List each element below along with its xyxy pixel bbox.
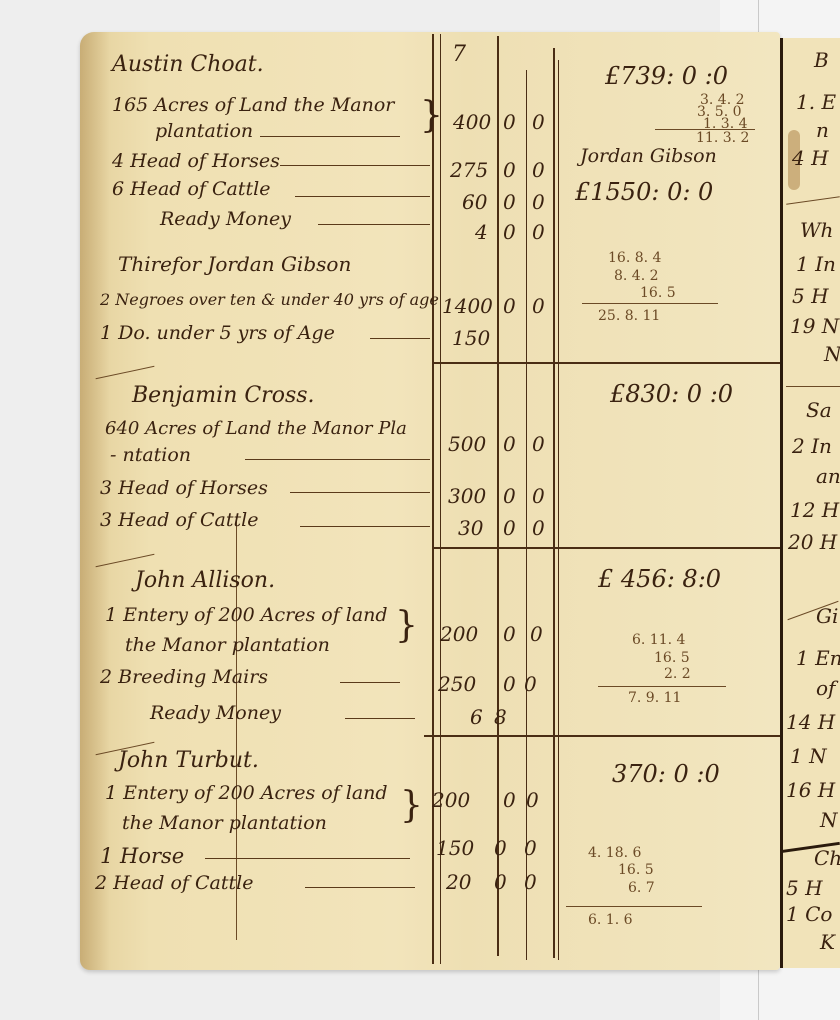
entry-item: 640 Acres of Land the Manor Pla bbox=[105, 418, 407, 439]
amount-pence: 0 bbox=[524, 870, 537, 894]
entry-item: 1 Entery of 200 Acres of land bbox=[105, 782, 388, 804]
amount-shillings: 0 bbox=[503, 622, 516, 646]
amount-shillings: 0 bbox=[503, 516, 516, 540]
entry-item: 2 Head of Cattle bbox=[95, 872, 253, 894]
side-label: Jordan Gibson bbox=[580, 145, 717, 167]
section-rule-2 bbox=[432, 547, 780, 549]
entry-item: Ready Money bbox=[150, 702, 281, 724]
amount-pounds: 150 bbox=[452, 326, 490, 350]
entry-name: John Turbut. bbox=[118, 748, 259, 773]
next-page-text: 5 H bbox=[792, 284, 829, 308]
amount-pence: 0 bbox=[532, 158, 545, 182]
amount-pence: 0 bbox=[530, 622, 543, 646]
next-page-text: N bbox=[824, 342, 840, 366]
entry-item-cont: plantation bbox=[155, 120, 253, 142]
brace: } bbox=[395, 605, 418, 646]
brace: } bbox=[400, 785, 423, 826]
next-page-text: 2 In bbox=[792, 434, 832, 458]
section-rule-3 bbox=[424, 735, 780, 737]
amount-pence: 0 bbox=[532, 516, 545, 540]
amount-pounds: 500 bbox=[448, 432, 486, 456]
entry-item: 1 Entery of 200 Acres of land bbox=[105, 604, 388, 626]
amount-pence: 0 bbox=[526, 788, 539, 812]
calc-line: 8. 4. 2 bbox=[614, 268, 659, 284]
calc-rule bbox=[566, 906, 702, 907]
entry-item-cont: the Manor plantation bbox=[122, 812, 327, 834]
entry-total: £830: 0 :0 bbox=[610, 380, 733, 408]
entry-item: 3 Head of Horses bbox=[100, 477, 268, 499]
calc-line: 16. 5 bbox=[618, 862, 654, 878]
column-rule-right bbox=[553, 48, 555, 958]
next-page-text: of bbox=[816, 676, 835, 700]
leader-line bbox=[280, 165, 430, 166]
amount-shillings: 0 bbox=[503, 788, 516, 812]
next-page-text: 20 H bbox=[788, 530, 837, 554]
section-rule-1 bbox=[432, 362, 780, 364]
amount-pence: 0 bbox=[532, 294, 545, 318]
calc-result: 6. 1. 6 bbox=[588, 912, 633, 928]
amount-pence: 0 bbox=[532, 432, 545, 456]
next-page-text: an bbox=[816, 464, 840, 488]
next-page-text: 1 Co bbox=[786, 902, 832, 926]
calc-rule bbox=[582, 303, 718, 304]
leader-line bbox=[318, 224, 430, 225]
entry-item: 1 Horse bbox=[100, 844, 184, 868]
leader-line bbox=[245, 459, 430, 460]
next-page-text: Gi bbox=[816, 604, 838, 628]
entry-name: Thirefor Jordan Gibson bbox=[118, 252, 351, 276]
amount-pounds: 30 bbox=[458, 516, 483, 540]
amount-pence: 0 bbox=[524, 836, 537, 860]
column-rule-pence bbox=[526, 70, 527, 960]
entry-item: Ready Money bbox=[160, 208, 291, 230]
amount-shillings: 0 bbox=[494, 870, 507, 894]
leader-line bbox=[260, 136, 400, 137]
entry-item: 2 Negroes over ten & under 40 yrs of age bbox=[100, 290, 439, 309]
calc-line: 6. 7 bbox=[628, 880, 655, 896]
next-page-text: 1 En bbox=[796, 646, 840, 670]
entry-total: £ 456: 8:0 bbox=[598, 565, 721, 593]
entry-name: John Allison. bbox=[135, 568, 275, 593]
next-page-text: 1 In bbox=[796, 252, 836, 276]
entry-name: Benjamin Cross. bbox=[132, 383, 315, 408]
calc-rule bbox=[598, 686, 726, 687]
amount-pence: 0 bbox=[532, 110, 545, 134]
calc-result: 7. 9. 11 bbox=[628, 690, 681, 706]
amount-pounds: 4 bbox=[475, 220, 488, 244]
amount-shillings: 0 bbox=[503, 190, 516, 214]
next-page-text: 12 H bbox=[790, 498, 839, 522]
column-rule-left bbox=[432, 34, 434, 964]
amount-pounds: 200 bbox=[440, 622, 478, 646]
calc-line: 16. 5 bbox=[640, 285, 676, 301]
calc-line: 6. 11. 4 bbox=[632, 632, 685, 648]
leader-line bbox=[305, 887, 415, 888]
brace: } bbox=[420, 95, 443, 136]
leader-line bbox=[205, 858, 410, 859]
entry-item: 4 Head of Horses bbox=[112, 150, 280, 172]
column-rule-right-inner bbox=[558, 60, 559, 960]
leader-line bbox=[370, 338, 430, 339]
amount-pounds: 250 bbox=[438, 672, 476, 696]
next-page-text: 4 H bbox=[792, 146, 829, 170]
calc-line: 16. 5 bbox=[654, 650, 690, 666]
page-number: 7 bbox=[452, 42, 466, 67]
entry-item: 2 Breeding Mairs bbox=[100, 666, 268, 688]
amount-shillings: 0 bbox=[503, 672, 516, 696]
next-page-rule bbox=[786, 386, 840, 387]
next-page-text: Sa bbox=[806, 398, 832, 422]
next-page-text: N bbox=[820, 808, 838, 832]
entry-item: 165 Acres of Land the Manor bbox=[112, 94, 394, 116]
amount-pounds: 1400 bbox=[442, 294, 493, 318]
calc-result: 11. 3. 2 bbox=[696, 130, 749, 146]
leader-line bbox=[295, 196, 430, 197]
amount-pounds: 300 bbox=[448, 484, 486, 508]
amount-pounds: 275 bbox=[450, 158, 488, 182]
entry-item: 6 Head of Cattle bbox=[112, 178, 270, 200]
calc-line: 4. 18. 6 bbox=[588, 845, 641, 861]
amount-shillings: 0 bbox=[503, 158, 516, 182]
entry-total: £739: 0 :0 bbox=[605, 62, 728, 90]
column-rule-shillings bbox=[497, 36, 499, 956]
column-rule-left-inner bbox=[440, 34, 441, 964]
next-page-text: 1. E bbox=[796, 90, 836, 114]
leader-line bbox=[290, 492, 430, 493]
amount-pounds: 6 bbox=[470, 705, 483, 729]
entry-item: 3 Head of Cattle bbox=[100, 509, 258, 531]
entry-total: 370: 0 :0 bbox=[612, 760, 720, 788]
amount-shillings: 8 bbox=[494, 705, 507, 729]
next-page-text: 16 H bbox=[786, 778, 835, 802]
calc-result: 25. 8. 11 bbox=[598, 308, 660, 324]
next-page-text: 14 H bbox=[786, 710, 835, 734]
amount-shillings: 0 bbox=[503, 110, 516, 134]
amount-shillings: 0 bbox=[503, 484, 516, 508]
entry-item-cont: - ntation bbox=[110, 444, 191, 466]
leader-line bbox=[300, 526, 430, 527]
amount-pence: 0 bbox=[524, 672, 537, 696]
next-page-text: K bbox=[820, 930, 835, 954]
leader-line bbox=[345, 718, 415, 719]
entry-item-cont: the Manor plantation bbox=[125, 634, 330, 656]
entry-name: Austin Choat. bbox=[112, 52, 264, 77]
next-page-text: Ch bbox=[814, 846, 840, 870]
next-page-text: 5 H bbox=[786, 876, 823, 900]
amount-pence: 0 bbox=[532, 484, 545, 508]
amount-pounds: 400 bbox=[453, 110, 491, 134]
next-page-text: n bbox=[816, 118, 829, 142]
entry-total: £1550: 0: 0 bbox=[575, 178, 713, 206]
amount-shillings: 0 bbox=[503, 432, 516, 456]
amount-shillings: 0 bbox=[494, 836, 507, 860]
amount-shillings: 0 bbox=[503, 294, 516, 318]
next-page-text: Wh bbox=[800, 218, 833, 242]
leader-line bbox=[340, 682, 400, 683]
amount-pounds: 60 bbox=[462, 190, 487, 214]
amount-pounds: 200 bbox=[432, 788, 470, 812]
next-page-text: B bbox=[814, 48, 829, 72]
amount-pence: 0 bbox=[532, 220, 545, 244]
amount-pence: 0 bbox=[532, 190, 545, 214]
amount-pounds: 20 bbox=[446, 870, 471, 894]
entry-item: 1 Do. under 5 yrs of Age bbox=[100, 322, 335, 344]
calc-line: 16. 8. 4 bbox=[608, 250, 661, 266]
amount-pounds: 150 bbox=[436, 836, 474, 860]
amount-shillings: 0 bbox=[503, 220, 516, 244]
calc-line: 2. 2 bbox=[664, 666, 691, 682]
next-page-text: 1 N bbox=[790, 744, 827, 768]
next-page-text: 19 N bbox=[790, 314, 839, 338]
